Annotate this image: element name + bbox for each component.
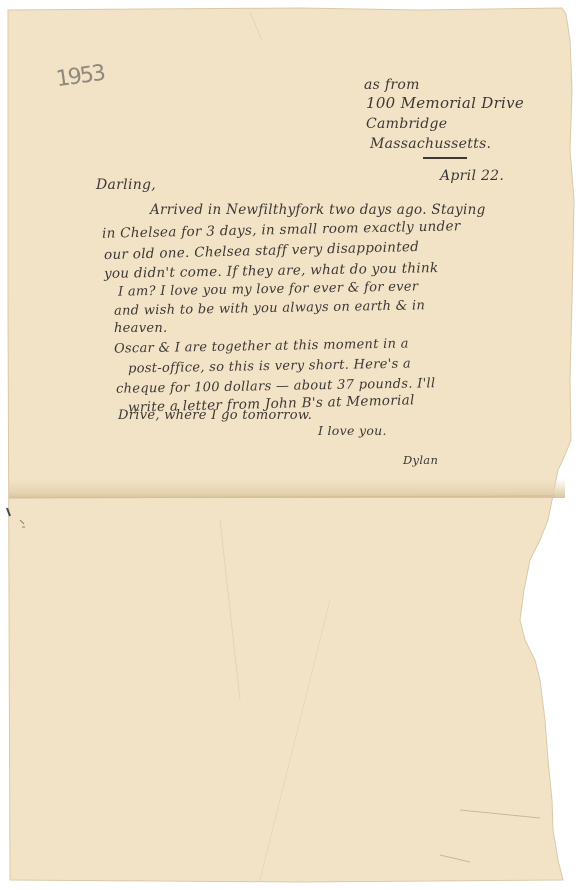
body-line: Drive, where I go tomorrow.: [118, 409, 312, 422]
address-line: Massachussetts.: [370, 137, 491, 151]
closing: I love you.: [318, 425, 387, 438]
address-underline: [423, 157, 467, 159]
body-line: Arrived in Newfilthyfork two days ago. S…: [150, 204, 486, 218]
letter-sheet: 1953 as from 100 Memorial Drive Cambridg…: [0, 0, 580, 890]
salutation: Darling,: [96, 178, 156, 192]
signature: Dylan: [403, 455, 438, 467]
address-line: 100 Memorial Drive: [366, 96, 524, 111]
address-line: as from: [364, 78, 420, 92]
letter-date: April 22.: [440, 169, 504, 183]
body-line: heaven.: [114, 322, 167, 335]
address-line: Cambridge: [366, 117, 447, 131]
torn-paper-background: [0, 0, 580, 890]
